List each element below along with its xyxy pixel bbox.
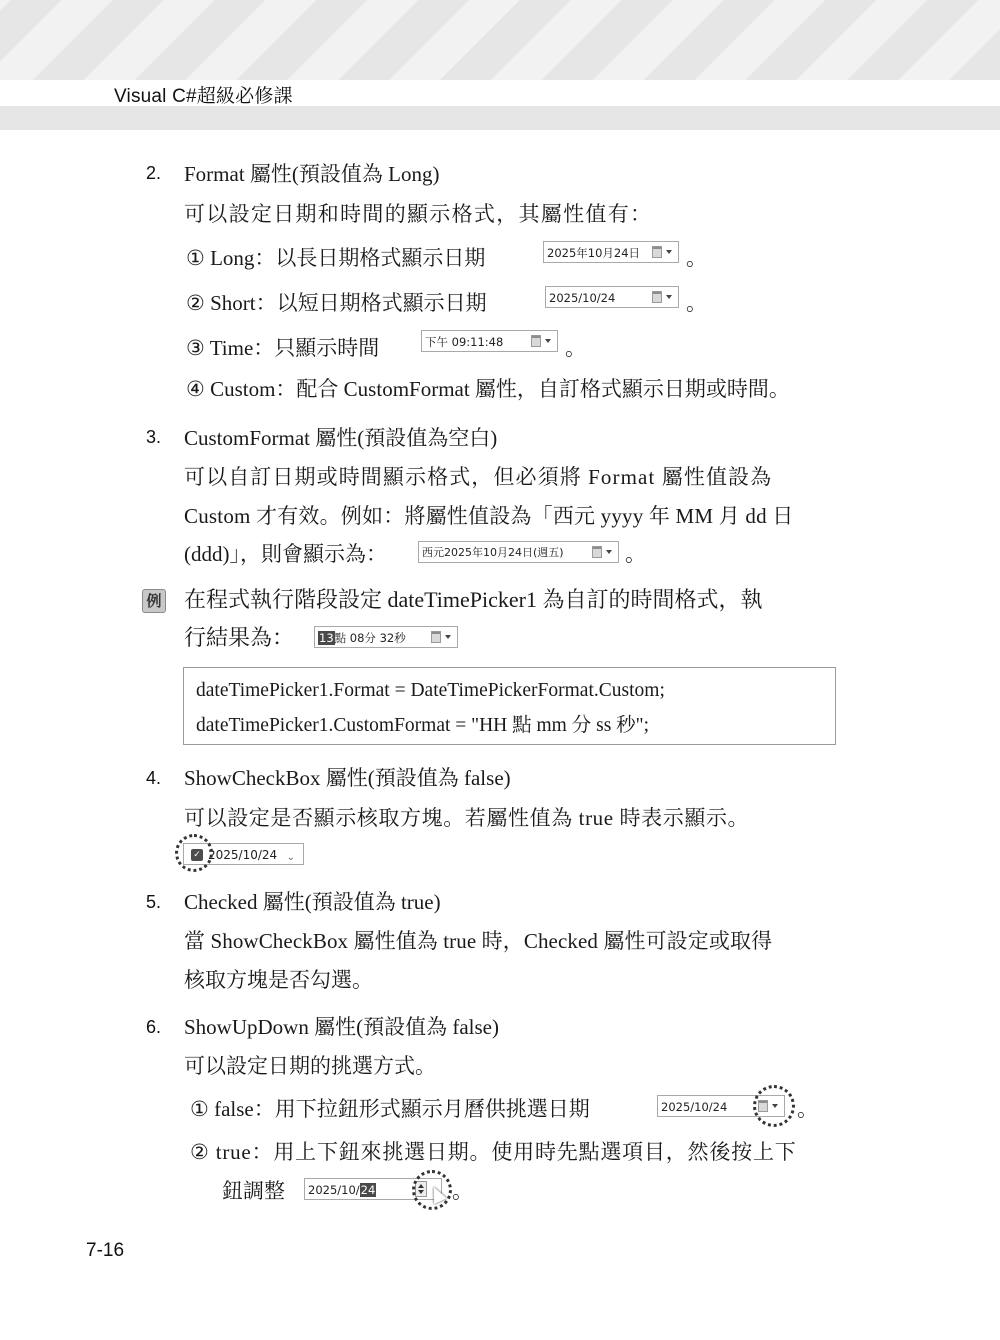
section-description: 可以設定日期的挑選方式。 bbox=[184, 1053, 436, 1079]
option-text: true：用上下鈕來挑選日期。使用時先點選項目，然後按上下 bbox=[216, 1140, 797, 1164]
paragraph-line: 核取方塊是否勾選。 bbox=[184, 967, 373, 993]
example-badge-icon: 例 bbox=[142, 589, 166, 613]
highlight-circle bbox=[753, 1085, 795, 1127]
dropdown-arrow-icon[interactable] bbox=[606, 550, 612, 554]
option-text: Short：以短日期格式顯示日期 bbox=[210, 291, 487, 315]
option-marker: ② bbox=[190, 1140, 210, 1164]
section-description: 可以設定是否顯示核取方塊。若屬性值為 true 時表示顯示。 bbox=[184, 805, 749, 831]
section-description: 可以設定日期和時間的顯示格式，其屬性值有： bbox=[184, 201, 652, 227]
option-short: ② Short：以短日期格式顯示日期 bbox=[186, 290, 487, 316]
punctuation: 。 bbox=[565, 335, 586, 361]
datetimepicker-custom-time[interactable]: 13點 08分 32秒 bbox=[314, 626, 458, 648]
selected-segment: 24 bbox=[360, 1183, 377, 1197]
selected-segment: 13 bbox=[318, 631, 335, 645]
datetimepicker-time[interactable]: 下午 09:11:48 bbox=[421, 330, 558, 352]
datetimepicker-short[interactable]: 2025/10/24 bbox=[545, 286, 679, 308]
datetimepicker-long[interactable]: 2025年10月24日 bbox=[543, 241, 679, 263]
highlight-circle bbox=[412, 1170, 452, 1210]
picker-value: 2025/10/24 bbox=[661, 1100, 727, 1114]
decorative-stripe-band bbox=[0, 0, 1000, 80]
option-marker: ② bbox=[186, 291, 205, 315]
section-heading-checked: Checked 屬性(預設值為 true) bbox=[184, 889, 441, 915]
punctuation: 。 bbox=[625, 541, 646, 567]
paragraph-line: (ddd)」，則會顯示為： bbox=[184, 541, 387, 567]
example-line: 行結果為： bbox=[184, 625, 294, 651]
datetimepicker-custom-example[interactable]: 西元2025年10月24日(週五) bbox=[418, 541, 619, 563]
option-marker: ④ bbox=[186, 377, 205, 401]
chevron-down-icon[interactable]: ⌄ bbox=[287, 847, 295, 869]
picker-value: 2025/10/24 bbox=[549, 291, 615, 305]
option-true-continued: 鈕調整 bbox=[222, 1178, 285, 1204]
option-true: ② true：用上下鈕來挑選日期。使用時先點選項目，然後按上下 bbox=[190, 1139, 797, 1165]
section-heading-showupdown: ShowUpDown 屬性(預設值為 false) bbox=[184, 1014, 499, 1040]
option-marker: ① bbox=[186, 246, 205, 270]
punctuation: 。 bbox=[797, 1096, 818, 1122]
paragraph-line: Custom 才有效。例如：將屬性值設為「西元 yyyy 年 MM 月 dd 日 bbox=[184, 503, 793, 529]
calendar-icon bbox=[431, 631, 441, 643]
section-number: 4. bbox=[146, 768, 161, 789]
option-text: false：用下拉鈕形式顯示月曆供挑選日期 bbox=[214, 1097, 590, 1121]
punctuation: 。 bbox=[686, 290, 707, 316]
section-number: 2. bbox=[146, 163, 161, 184]
calendar-icon bbox=[531, 335, 541, 347]
header-divider-bar bbox=[0, 106, 1000, 130]
page-number: 7-16 bbox=[86, 1240, 124, 1262]
picker-value: 2025年10月24日 bbox=[547, 246, 640, 260]
code-block: dateTimePicker1.Format = DateTimePickerF… bbox=[183, 667, 836, 745]
section-heading-showcheckbox: ShowCheckBox 屬性(預設值為 false) bbox=[184, 765, 511, 791]
calendar-icon bbox=[592, 546, 602, 558]
section-number: 3. bbox=[146, 427, 161, 448]
calendar-icon bbox=[652, 291, 662, 303]
book-title: Visual C#超級必修課 bbox=[114, 81, 293, 108]
option-false: ① false：用下拉鈕形式顯示月曆供挑選日期 bbox=[190, 1096, 590, 1122]
picker-value: 下午 09:11:48 bbox=[425, 335, 503, 349]
option-custom: ④ Custom：配合 CustomFormat 屬性，自訂格式顯示日期或時間。 bbox=[186, 376, 790, 402]
picker-value: 點 08分 32秒 bbox=[335, 631, 406, 645]
example-line: 在程式執行階段設定 dateTimePicker1 為自訂的時間格式，執 bbox=[184, 587, 763, 613]
option-long: ① Long：以長日期格式顯示日期 bbox=[186, 245, 485, 271]
option-text: Time：只顯示時間 bbox=[210, 336, 380, 360]
calendar-icon bbox=[652, 246, 662, 258]
section-heading-format: Format 屬性(預設值為 Long) bbox=[184, 161, 439, 187]
punctuation: 。 bbox=[452, 1178, 473, 1204]
punctuation: 。 bbox=[686, 245, 707, 271]
picker-value: 西元2025年10月24日(週五) bbox=[422, 546, 564, 559]
section-number: 6. bbox=[146, 1017, 161, 1038]
paragraph-line: 可以自訂日期或時間顯示格式，但必須將 Format 屬性值設為 bbox=[184, 464, 772, 490]
code-line: dateTimePicker1.Format = DateTimePickerF… bbox=[196, 680, 665, 702]
highlight-circle bbox=[175, 834, 213, 872]
option-text: Long：以長日期格式顯示日期 bbox=[210, 246, 485, 270]
dropdown-arrow-icon[interactable] bbox=[445, 635, 451, 639]
code-line: dateTimePicker1.CustomFormat = "HH 點 mm … bbox=[196, 709, 649, 737]
section-number: 5. bbox=[146, 892, 161, 913]
dropdown-arrow-icon[interactable] bbox=[545, 339, 551, 343]
picker-value: 2025/10/ bbox=[308, 1183, 360, 1197]
option-marker: ③ bbox=[186, 336, 205, 360]
option-marker: ① bbox=[190, 1097, 209, 1121]
option-text: Custom：配合 CustomFormat 屬性，自訂格式顯示日期或時間。 bbox=[210, 377, 790, 401]
option-time: ③ Time：只顯示時間 bbox=[186, 335, 379, 361]
dropdown-arrow-icon[interactable] bbox=[666, 250, 672, 254]
picker-value: 2025/10/24 bbox=[208, 848, 277, 862]
paragraph-line: 當 ShowCheckBox 屬性值為 true 時，Checked 屬性可設定… bbox=[184, 928, 772, 954]
dropdown-arrow-icon[interactable] bbox=[666, 295, 672, 299]
section-heading-customformat: CustomFormat 屬性(預設值為空白) bbox=[184, 425, 497, 451]
